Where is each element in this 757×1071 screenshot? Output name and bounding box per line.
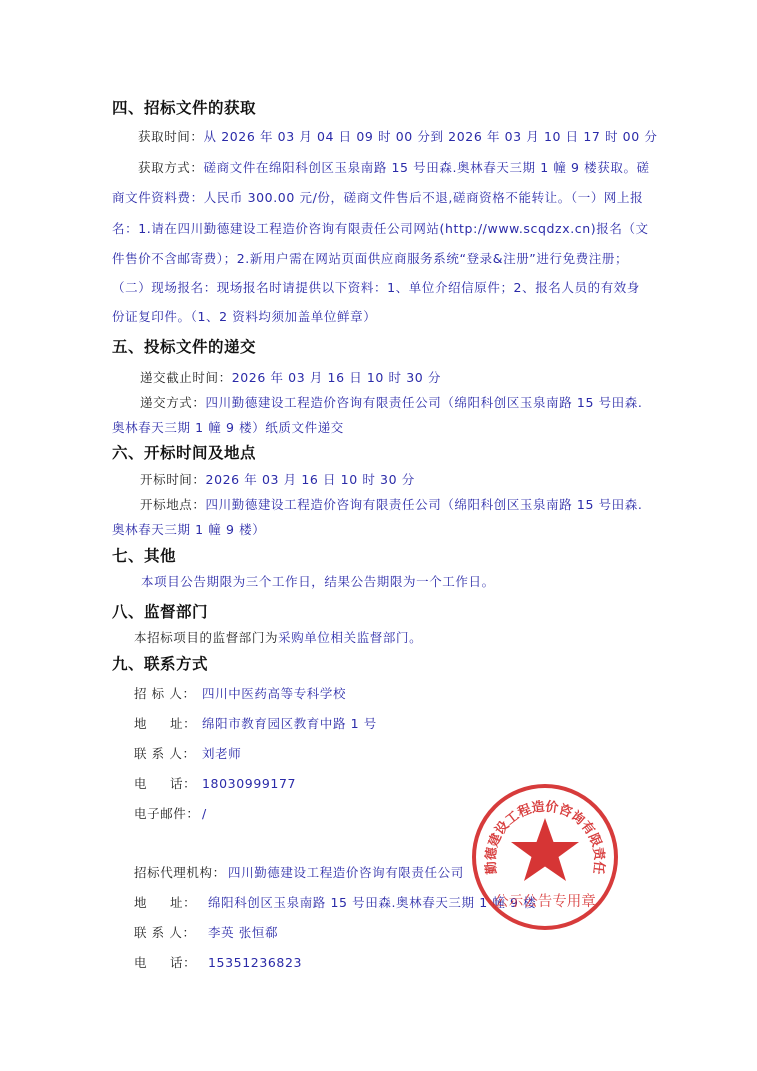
s5-method-value-1: 四川勤德建设工程造价咨询有限责任公司（绵阳科创区玉泉南路 15 号田森. xyxy=(206,395,643,410)
star-icon xyxy=(511,818,579,881)
tenderer-contact-label: 联 系 人： xyxy=(134,744,202,762)
seal-bottom-text: 公示公告专用章 xyxy=(494,892,596,910)
s6-time-line: 开标时间：2026 年 03 月 16 日 10 时 30 分 xyxy=(140,470,415,488)
s4-method-line-1: 获取方式：磋商文件在绵阳科创区玉泉南路 15 号田森.奥林春天三期 1 幢 9 … xyxy=(138,158,650,176)
agent-contact-value: 李英 张恒郗 xyxy=(208,925,278,940)
s8-text-line: 本招标项目的监督部门为采购单位相关监督部门。 xyxy=(134,628,422,646)
s4-time-label: 获取时间： xyxy=(138,129,204,144)
tenderer-email-label: 电子邮件： xyxy=(134,804,202,822)
s6-place-line-1: 开标地点：四川勤德建设工程造价咨询有限责任公司（绵阳科创区玉泉南路 15 号田森… xyxy=(140,495,642,513)
agent-row: 招标代理机构：四川勤德建设工程造价咨询有限责任公司 xyxy=(134,863,464,881)
section-9-heading: 九、联系方式 xyxy=(112,652,208,674)
s5-method-line-1: 递交方式：四川勤德建设工程造价咨询有限责任公司（绵阳科创区玉泉南路 15 号田森… xyxy=(140,393,642,411)
tenderer-address-row: 地 址：绵阳市教育园区教育中路 1 号 xyxy=(134,714,377,732)
tenderer-address-label: 地 址： xyxy=(134,714,202,732)
tenderer-email-value: / xyxy=(202,806,207,821)
s4-time-line: 获取时间：从 2026 年 03 月 04 日 09 时 00 分到 2026 … xyxy=(138,127,657,145)
section-8-heading: 八、监督部门 xyxy=(112,600,208,622)
agent-phone-value: 15351236823 xyxy=(208,955,302,970)
s6-time-label: 开标时间： xyxy=(140,472,206,487)
section-7-heading: 七、其他 xyxy=(112,544,176,566)
s5-deadline-line: 递交截止时间：2026 年 03 月 16 日 10 时 30 分 xyxy=(140,368,441,386)
agent-value: 四川勤德建设工程造价咨询有限责任公司 xyxy=(228,865,464,880)
tenderer-row: 招 标 人：四川中医药高等专科学校 xyxy=(134,684,346,702)
s7-text: 本项目公告期限为三个工作日，结果公告期限为一个工作日。 xyxy=(141,572,495,590)
agent-phone-label: 电 话： xyxy=(134,953,208,971)
tenderer-address-value: 绵阳市教育园区教育中路 1 号 xyxy=(202,716,377,731)
tenderer-contact-value: 刘老师 xyxy=(202,746,241,761)
agent-phone-row: 电 话：15351236823 xyxy=(134,953,302,971)
agent-contact-label: 联 系 人： xyxy=(134,923,208,941)
tenderer-value: 四川中医药高等专科学校 xyxy=(202,686,346,701)
official-seal-stamp: 四川勤德建设工程造价咨询有限责任公司 公示公告专用章 xyxy=(470,782,620,932)
s6-place-value-1: 四川勤德建设工程造价咨询有限责任公司（绵阳科创区玉泉南路 15 号田森. xyxy=(206,497,643,512)
section-4-heading: 四、招标文件的获取 xyxy=(112,96,256,118)
tenderer-phone-row: 电 话：18030999177 xyxy=(134,774,296,792)
tenderer-phone-value: 18030999177 xyxy=(202,776,296,791)
agent-contact-row: 联 系 人：李英 张恒郗 xyxy=(134,923,278,941)
s4-method-line-6: 份证复印件。（1、2 资料均须加盖单位鲜章） xyxy=(112,307,376,325)
agent-address-label: 地 址： xyxy=(134,893,208,911)
tenderer-phone-label: 电 话： xyxy=(134,774,202,792)
section-5-heading: 五、投标文件的递交 xyxy=(112,335,256,357)
section-6-heading: 六、开标时间及地点 xyxy=(112,441,256,463)
tenderer-contact-row: 联 系 人：刘老师 xyxy=(134,744,241,762)
s5-deadline-label: 递交截止时间： xyxy=(140,370,232,385)
s4-method-text-1: 磋商文件在绵阳科创区玉泉南路 15 号田森.奥林春天三期 1 幢 9 楼获取。磋 xyxy=(204,160,650,175)
s8-text-prefix: 本招标项目的监督部门为 xyxy=(134,630,278,645)
s4-method-line-5: （二）现场报名：现场报名时请提供以下资料：1、单位介绍信原件；2、报名人员的有效… xyxy=(112,278,640,296)
agent-label: 招标代理机构： xyxy=(134,863,228,881)
s8-text-value: 采购单位相关监督部门。 xyxy=(278,630,422,645)
s6-place-label: 开标地点： xyxy=(140,497,206,512)
s5-method-label: 递交方式： xyxy=(140,395,206,410)
s4-method-line-2: 商文件资料费：人民币 300.00 元/份，磋商文件售后不退,磋商资格不能转让。… xyxy=(112,188,643,206)
s5-deadline-value: 2026 年 03 月 16 日 10 时 30 分 xyxy=(232,370,441,385)
document-page: 四、招标文件的获取 获取时间：从 2026 年 03 月 04 日 09 时 0… xyxy=(0,0,757,1071)
s6-time-value: 2026 年 03 月 16 日 10 时 30 分 xyxy=(206,472,415,487)
s6-place-line-2: 奥林春天三期 1 幢 9 楼） xyxy=(112,520,265,538)
s4-method-line-4: 件售价不含邮寄费）；2.新用户需在网站页面供应商服务系统“登录&注册”进行免费注… xyxy=(112,249,628,267)
tenderer-email-row: 电子邮件：/ xyxy=(134,804,207,822)
s4-method-label: 获取方式： xyxy=(138,160,204,175)
s4-time-value: 从 2026 年 03 月 04 日 09 时 00 分到 2026 年 03 … xyxy=(204,129,658,144)
tenderer-label: 招 标 人： xyxy=(134,684,202,702)
s5-method-line-2: 奥林春天三期 1 幢 9 楼）纸质文件递交 xyxy=(112,418,344,436)
s4-method-line-3: 名：1.请在四川勤德建设工程造价咨询有限责任公司网站(http://www.sc… xyxy=(112,219,649,237)
